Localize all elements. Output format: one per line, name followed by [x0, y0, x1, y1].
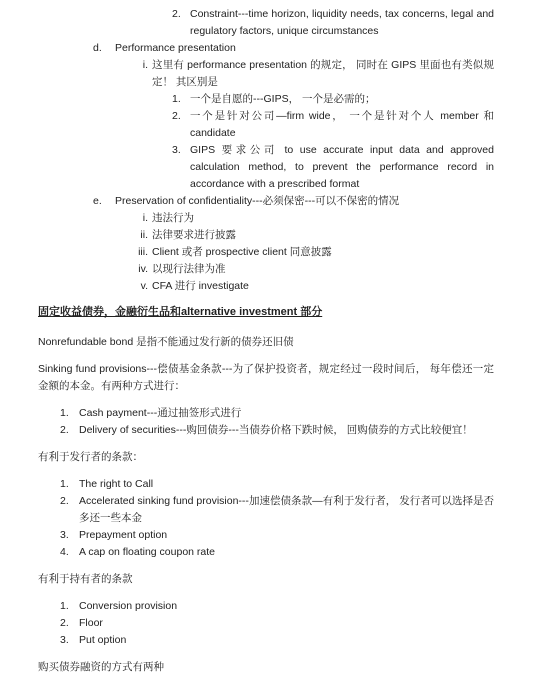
- outline-item-legal-disclosure: ii. 法律要求进行披露: [38, 227, 494, 244]
- list-item-text: 以现行法律为准: [152, 263, 226, 275]
- list-marker: 1.: [60, 405, 69, 422]
- list-marker: 3.: [60, 632, 69, 649]
- list-marker: i.: [110, 57, 148, 74]
- outline-item-current-law: iv. 以现行法律为准: [38, 261, 494, 278]
- list-item-text: Put option: [79, 634, 126, 646]
- list-item-text: 法律要求进行披露: [152, 229, 236, 241]
- list-item-text: 一个是针对公司—firm wide， 一个是针对个人 member 和 cand…: [190, 110, 494, 139]
- outline-item-gips-requirements: 3. GIPS 要求公司 to use accurate input data …: [38, 142, 494, 193]
- outline-item-confidentiality: e. Preservation of confidentiality---必须保…: [38, 193, 494, 210]
- paragraph-holder-favorable: 有利于持有者的条款: [38, 571, 494, 588]
- list-marker: 1.: [60, 598, 69, 615]
- list-item-conversion-provision: 1. Conversion provision: [38, 598, 494, 615]
- list-item-right-to-call: 1. The right to Call: [38, 476, 494, 493]
- outline-item-voluntary: 1. 一个是自愿的---GIPS， 一个是必需的；: [38, 91, 494, 108]
- outline-item-constraint: 2. Constraint---time horizon, liquidity …: [38, 6, 494, 40]
- list-marker: 3.: [172, 142, 181, 159]
- list-item-cash-payment: 1. Cash payment---通过抽签形式进行: [38, 405, 494, 422]
- paragraph-bond-financing: 购买债券融资的方式有两种: [38, 659, 494, 676]
- list-item-cap-floating-coupon: 4. A cap on floating coupon rate: [38, 544, 494, 561]
- list-item-text: The right to Call: [79, 478, 153, 490]
- list-item-text: Prepayment option: [79, 529, 167, 541]
- list-marker: i.: [110, 210, 148, 227]
- outline-item-firm-wide: 2. 一个是针对公司—firm wide， 一个是针对个人 member 和 c…: [38, 108, 494, 142]
- paragraph-issuer-favorable: 有利于发行者的条款：: [38, 449, 494, 466]
- list-marker: iii.: [110, 244, 148, 261]
- paragraph-nonrefundable: Nonrefundable bond 是指不能通过发行新的债券还旧债: [38, 334, 494, 351]
- list-marker: 2.: [60, 493, 69, 510]
- list-marker: 2.: [60, 422, 69, 439]
- list-item-text: Conversion provision: [79, 600, 177, 612]
- list-item-text: Accelerated sinking fund provision---加速偿…: [79, 495, 494, 524]
- list-item-delivery-securities: 2. Delivery of securities---购回债券---当债券价格…: [38, 422, 494, 439]
- list-marker: 2.: [172, 108, 181, 125]
- list-marker: 2.: [60, 615, 69, 632]
- list-marker: 3.: [60, 527, 69, 544]
- list-item-text: Client 或者 prospective client 同意披露: [152, 246, 332, 258]
- list-marker: v.: [110, 278, 148, 295]
- list-marker: 4.: [60, 544, 69, 561]
- outline-item-gips-rules: i. 这里有 performance presentation 的规定， 同时在…: [38, 57, 494, 91]
- list-item-text: Constraint---time horizon, liquidity nee…: [190, 8, 494, 37]
- list-item-text: A cap on floating coupon rate: [79, 546, 215, 558]
- outline-item-performance-presentation: d. Performance presentation: [38, 40, 494, 57]
- list-marker: 1.: [60, 476, 69, 493]
- document-page: 2. Constraint---time horizon, liquidity …: [0, 0, 541, 677]
- list-item-text: Cash payment---通过抽签形式进行: [79, 407, 241, 419]
- list-item-text: 一个是自愿的---GIPS， 一个是必需的；: [190, 93, 376, 105]
- list-item-put-option: 3. Put option: [38, 632, 494, 649]
- list-marker: ii.: [110, 227, 148, 244]
- list-item-text: 这里有 performance presentation 的规定， 同时在 GI…: [152, 59, 494, 88]
- list-item-prepayment-option: 3. Prepayment option: [38, 527, 494, 544]
- outline-item-cfa-investigate: v. CFA 进行 investigate: [38, 278, 494, 295]
- list-marker: d.: [93, 40, 102, 57]
- list-marker: 1.: [172, 91, 181, 108]
- list-item-text: CFA 进行 investigate: [152, 280, 249, 292]
- list-item-text: Performance presentation: [115, 42, 236, 54]
- paragraph-sinking-fund: Sinking fund provisions---偿债基金条款---为了保护投…: [38, 361, 494, 395]
- list-item-text: Preservation of confidentiality---必须保密--…: [115, 195, 399, 207]
- list-item-text: GIPS 要求公司 to use accurate input data and…: [190, 144, 494, 190]
- list-item-text: 违法行为: [152, 212, 194, 224]
- list-item-accelerated-sinking: 2. Accelerated sinking fund provision---…: [38, 493, 494, 527]
- list-marker: iv.: [110, 261, 148, 278]
- section-heading: 固定收益债券，金融衍生品和alternative investment 部分: [38, 304, 494, 321]
- list-marker: e.: [93, 193, 102, 210]
- list-item-text: Floor: [79, 617, 103, 629]
- list-item-floor: 2. Floor: [38, 615, 494, 632]
- outline-item-client-consent: iii. Client 或者 prospective client 同意披露: [38, 244, 494, 261]
- list-item-text: Delivery of securities---购回债券---当债券价格下跌时…: [79, 424, 473, 436]
- outline-item-illegal-act: i. 违法行为: [38, 210, 494, 227]
- list-marker: 2.: [172, 6, 181, 23]
